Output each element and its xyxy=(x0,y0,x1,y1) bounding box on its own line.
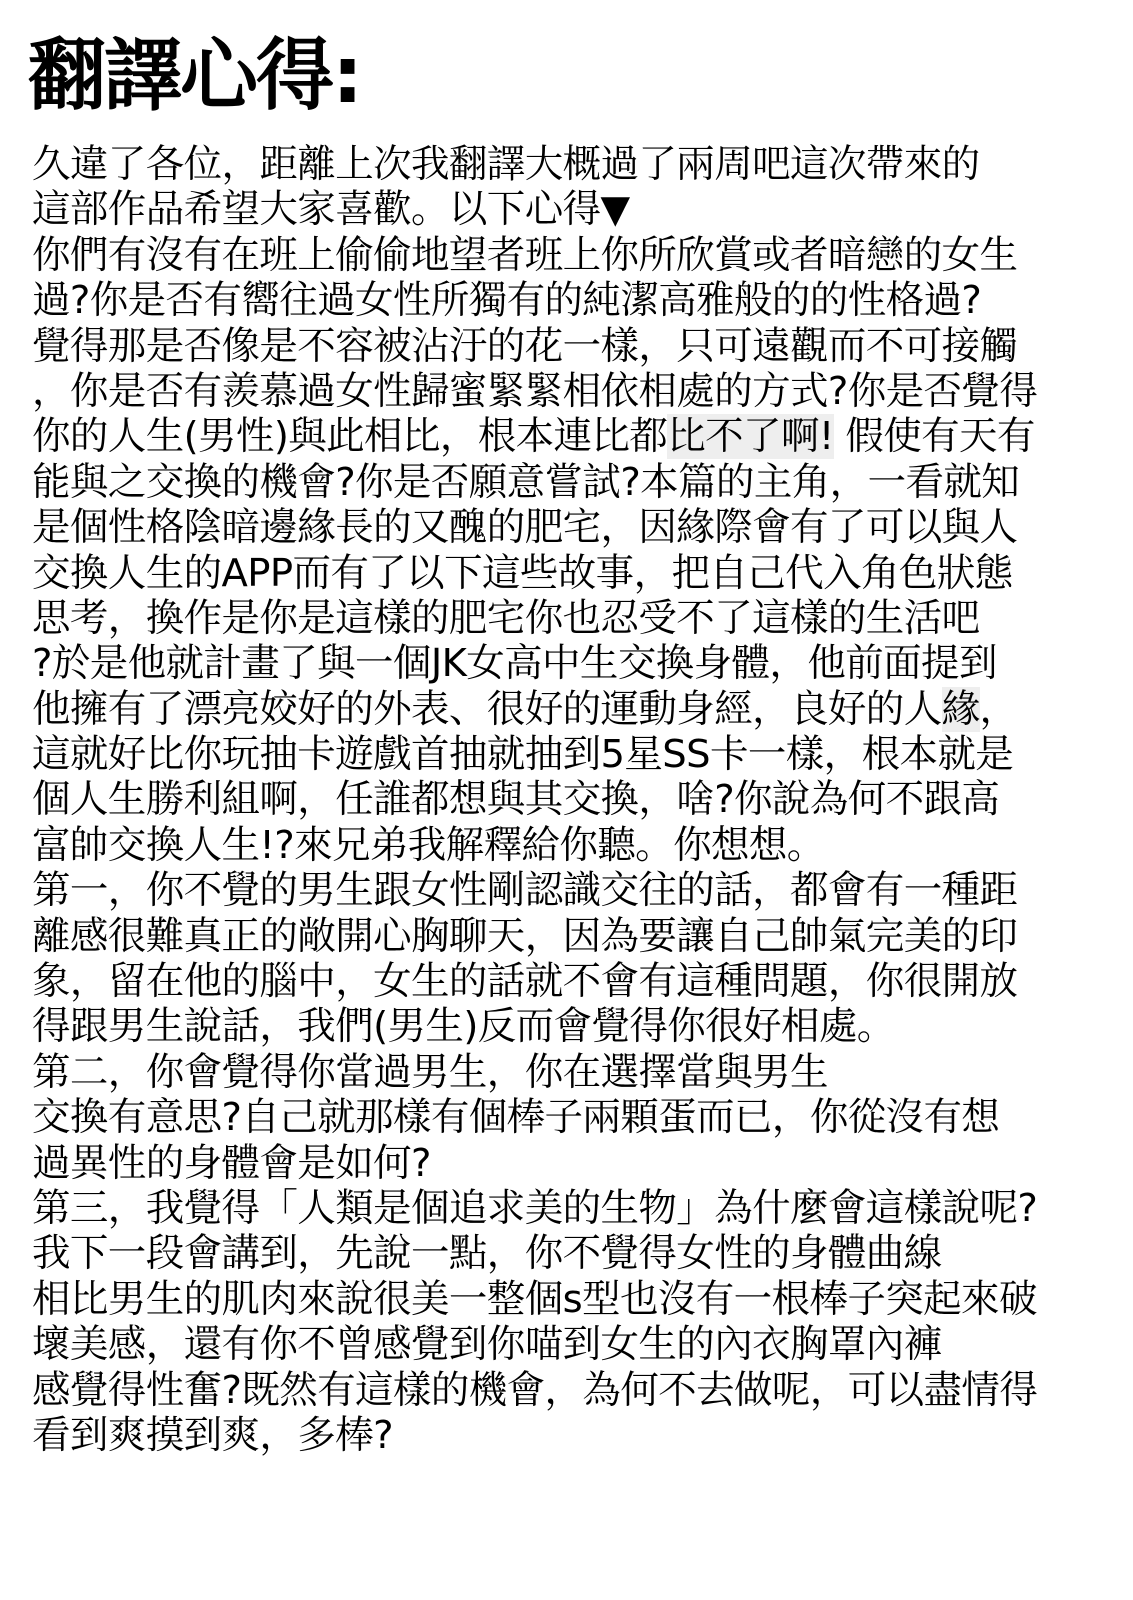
text-line: 第一，你不覺的男生跟女性剛認識交往的話，都會有一種距 xyxy=(32,868,1132,913)
text-line: 看到爽摸到爽，多棒? xyxy=(32,1413,1132,1458)
text-line: 相比男生的肌肉來說很美一整個s型也沒有一根棒子突起來破 xyxy=(32,1277,1132,1322)
text-line: 離感很難真正的敞開心胸聊天，因為要讓自己帥氣完美的印 xyxy=(32,914,1132,959)
text-line: ，你是否有羨慕過女性歸蜜緊緊相依相處的方式?你是否覺得 xyxy=(32,369,1132,414)
text-segment: ， xyxy=(980,687,1018,732)
text-line: 交換有意思?自己就那樣有個棒子兩顆蛋而已，你從沒有想 xyxy=(32,1095,1132,1140)
text-line: ?於是他就計畫了與一個JK女高中生交換身體，他前面提到 xyxy=(32,641,1132,686)
text-line: 你們有沒有在班上偷偷地望者班上你所欣賞或者暗戀的女生 xyxy=(32,233,1132,278)
text-line: 我下一段會講到，先說一點，你不覺得女性的身體曲線 xyxy=(32,1231,1132,1276)
text-line: 這就好比你玩抽卡遊戲首抽就抽到5星SS卡一樣，根本就是 xyxy=(32,732,1132,777)
text-line: 能與之交換的機會?你是否願意嘗試?本篇的主角，一看就知 xyxy=(32,460,1132,505)
text-line: 思考，換作是你是這樣的肥宅你也忍受不了這樣的生活吧 xyxy=(32,596,1132,641)
text-line: 過異性的身體會是如何? xyxy=(32,1141,1132,1186)
text-line-with-highlight: 他擁有了漂亮姣好的外表、很好的運動身經，良好的人緣， xyxy=(32,687,1132,732)
text-line: 覺得那是否像是不容被沾汙的花一樣，只可遠觀而不可接觸 xyxy=(32,324,1132,369)
text-line: 感覺得性奮?既然有這樣的機會，為何不去做呢，可以盡情得 xyxy=(32,1368,1132,1413)
text-line: 久違了各位，距離上次我翻譯大概過了兩周吧這次帶來的 xyxy=(32,142,1132,187)
text-line: 這部作品希望大家喜歡。以下心得▼ xyxy=(32,187,1132,232)
text-segment: 他擁有了漂亮姣好的外表、很好的運動身經，良好的人 xyxy=(32,687,942,732)
text-line: 是個性格陰暗邊緣長的又醜的肥宅，因緣際會有了可以與人 xyxy=(32,505,1132,550)
text-line: 第三，我覺得「人類是個追求美的生物」為什麼會這樣說呢? xyxy=(32,1186,1132,1231)
notes-body: 久違了各位，距離上次我翻譯大概過了兩周吧這次帶來的 這部作品希望大家喜歡。以下心… xyxy=(32,142,1132,1458)
text-line: 得跟男生說話，我們(男生)反而會覺得你很好相處。 xyxy=(32,1004,1132,1049)
highlighted-text: 比不了啊! xyxy=(667,414,833,459)
text-line: 過?你是否有嚮往過女性所獨有的純潔高雅般的的性格過? xyxy=(32,278,1132,323)
text-line: 個人生勝利組啊，任誰都想與其交換，啥?你說為何不跟高 xyxy=(32,777,1132,822)
text-segment: 你的人生(男性)與此相比，根本連比都 xyxy=(32,414,667,459)
text-line: 壞美感，還有你不曾感覺到你喵到女生的內衣胸罩內褲 xyxy=(32,1322,1132,1367)
text-line: 象，留在他的腦中，女生的話就不會有這種問題，你很開放 xyxy=(32,959,1132,1004)
text-line-with-highlight: 你的人生(男性)與此相比，根本連比都比不了啊! 假使有天有 xyxy=(32,414,1132,459)
text-line: 富帥交換人生!?來兄弟我解釋給你聽。你想想。 xyxy=(32,823,1132,868)
page-title: 翻譯心得: xyxy=(28,30,361,122)
text-segment: 假使有天有 xyxy=(834,414,1035,459)
text-line: 交換人生的APP而有了以下這些故事，把自己代入角色狀態 xyxy=(32,551,1132,596)
text-line: 第二，你會覺得你當過男生，你在選擇當與男生 xyxy=(32,1050,1132,1095)
highlighted-text: 緣 xyxy=(942,687,980,732)
translator-notes-page: 翻譯心得: 久違了各位，距離上次我翻譯大概過了兩周吧這次帶來的 這部作品希望大家… xyxy=(0,0,1133,1600)
